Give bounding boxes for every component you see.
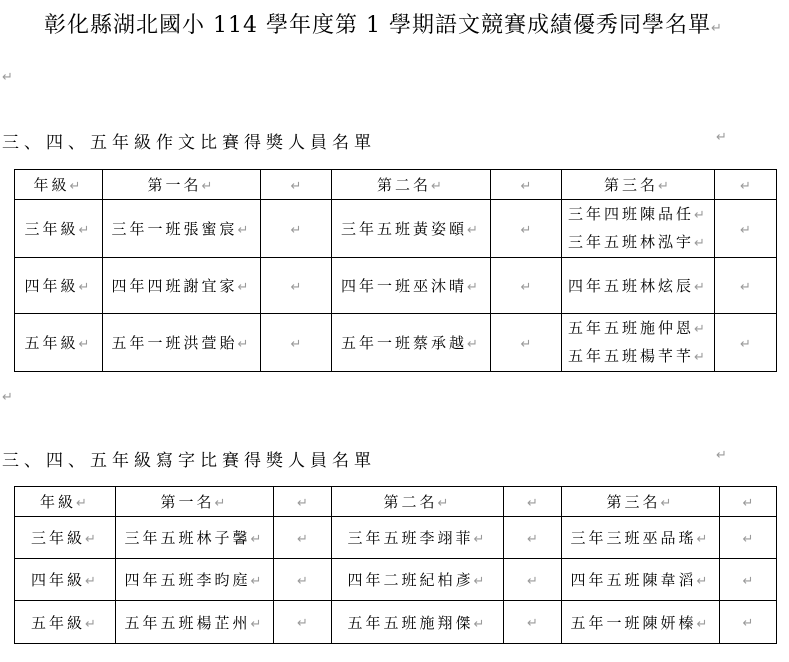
calligraphy-table: 年級↵ 第一名↵ ↵ 第二名↵ ↵ 第三名↵ ↵ 三年級↵ 三年五班林子馨↵ ↵…	[14, 486, 777, 644]
paragraph-mark-icon: ↵	[2, 70, 13, 85]
empty-cell: ↵	[504, 517, 562, 559]
third-place-cell: 三年四班陳品任↵ 三年五班林泓宇↵	[562, 200, 715, 258]
header-empty: ↵	[274, 487, 332, 517]
table-row: 三年級↵ 三年一班張蜜宸↵ ↵ 三年五班黃姿頤↵ ↵ 三年四班陳品任↵ 三年五班…	[15, 200, 777, 258]
header-empty: ↵	[504, 487, 562, 517]
empty-cell: ↵	[261, 200, 332, 258]
third-place-cell: 五年五班施仲恩↵ 五年五班楊芊芊↵	[562, 314, 715, 372]
table-row: 四年級↵ 四年四班謝宜家↵ ↵ 四年一班巫沐晴↵ ↵ 四年五班林炫辰↵ ↵	[15, 258, 777, 314]
table-row: 四年級↵ 四年五班李昀庭↵ ↵ 四年二班紀柏彥↵ ↵ 四年五班陳韋滔↵ ↵	[15, 559, 777, 601]
third-place-cell: 三年三班巫品瑤↵	[562, 517, 720, 559]
empty-cell: ↵	[720, 559, 777, 601]
empty-cell: ↵	[274, 517, 332, 559]
empty-cell: ↵	[715, 314, 777, 372]
paragraph-mark-icon: ↵	[2, 390, 13, 405]
first-place-cell: 四年五班李昀庭↵	[116, 559, 274, 601]
grade-cell: 四年級↵	[15, 559, 116, 601]
table-row: 五年級↵ 五年五班楊芷州↵ ↵ 五年五班施翔傑↵ ↵ 五年一班陳妍榛↵ ↵	[15, 601, 777, 644]
grade-cell: 三年級↵	[15, 200, 103, 258]
second-place-cell: 四年二班紀柏彥↵	[332, 559, 504, 601]
second-place-cell: 三年五班李翊菲↵	[332, 517, 504, 559]
header-third: 第三名↵	[562, 487, 720, 517]
second-place-cell: 五年五班施翔傑↵	[332, 601, 504, 644]
empty-cell: ↵	[491, 258, 562, 314]
header-empty: ↵	[720, 487, 777, 517]
header-empty: ↵	[261, 170, 332, 200]
empty-cell: ↵	[720, 601, 777, 644]
empty-cell: ↵	[274, 601, 332, 644]
paragraph-mark-icon: ↵	[716, 448, 727, 463]
empty-cell: ↵	[261, 314, 332, 372]
header-first: 第一名↵	[116, 487, 274, 517]
header-grade: 年級↵	[15, 487, 116, 517]
header-third: 第三名↵	[562, 170, 715, 200]
grade-cell: 四年級↵	[15, 258, 103, 314]
header-first: 第一名↵	[103, 170, 261, 200]
table-header-row: 年級↵ 第一名↵ ↵ 第二名↵ ↵ 第三名↵ ↵	[15, 170, 777, 200]
first-place-cell: 三年五班林子馨↵	[116, 517, 274, 559]
paragraph-mark-icon: ↵	[716, 130, 727, 145]
header-empty: ↵	[491, 170, 562, 200]
empty-cell: ↵	[261, 258, 332, 314]
table-row: 三年級↵ 三年五班林子馨↵ ↵ 三年五班李翊菲↵ ↵ 三年三班巫品瑤↵ ↵	[15, 517, 777, 559]
grade-cell: 五年級↵	[15, 601, 116, 644]
second-place-cell: 三年五班黃姿頤↵	[332, 200, 491, 258]
first-place-cell: 五年五班楊芷州↵	[116, 601, 274, 644]
header-grade: 年級↵	[15, 170, 103, 200]
first-place-cell: 五年一班洪萱貽↵	[103, 314, 261, 372]
first-place-cell: 四年四班謝宜家↵	[103, 258, 261, 314]
grade-cell: 三年級↵	[15, 517, 116, 559]
header-second: 第二名↵	[332, 487, 504, 517]
empty-cell: ↵	[504, 559, 562, 601]
table-header-row: 年級↵ 第一名↵ ↵ 第二名↵ ↵ 第三名↵ ↵	[15, 487, 777, 517]
header-empty: ↵	[715, 170, 777, 200]
second-place-cell: 五年一班蔡承越↵	[332, 314, 491, 372]
second-place-cell: 四年一班巫沐晴↵	[332, 258, 491, 314]
paragraph-mark-icon: ↵	[711, 21, 723, 36]
empty-cell: ↵	[715, 258, 777, 314]
empty-cell: ↵	[504, 601, 562, 644]
third-place-cell: 四年五班陳韋滔↵	[562, 559, 720, 601]
empty-cell: ↵	[715, 200, 777, 258]
table-row: 五年級↵ 五年一班洪萱貽↵ ↵ 五年一班蔡承越↵ ↵ 五年五班施仲恩↵ 五年五班…	[15, 314, 777, 372]
calligraphy-heading: 三、四、五年級寫字比賽得獎人員名單	[2, 446, 376, 471]
empty-cell: ↵	[491, 314, 562, 372]
grade-cell: 五年級↵	[15, 314, 103, 372]
document-title: 彰化縣湖北國小 114 學年度第 1 學期語文競賽成績優秀同學名單↵	[44, 8, 784, 39]
empty-cell: ↵	[274, 559, 332, 601]
first-place-cell: 三年一班張蜜宸↵	[103, 200, 261, 258]
third-place-cell: 五年一班陳妍榛↵	[562, 601, 720, 644]
composition-table: 年級↵ 第一名↵ ↵ 第二名↵ ↵ 第三名↵ ↵ 三年級↵ 三年一班張蜜宸↵ ↵…	[14, 169, 777, 372]
empty-cell: ↵	[491, 200, 562, 258]
composition-heading: 三、四、五年級作文比賽得獎人員名單	[2, 128, 376, 153]
header-second: 第二名↵	[332, 170, 491, 200]
third-place-cell: 四年五班林炫辰↵	[562, 258, 715, 314]
empty-cell: ↵	[720, 517, 777, 559]
title-text: 彰化縣湖北國小 114 學年度第 1 學期語文競賽成績優秀同學名單	[44, 13, 711, 38]
